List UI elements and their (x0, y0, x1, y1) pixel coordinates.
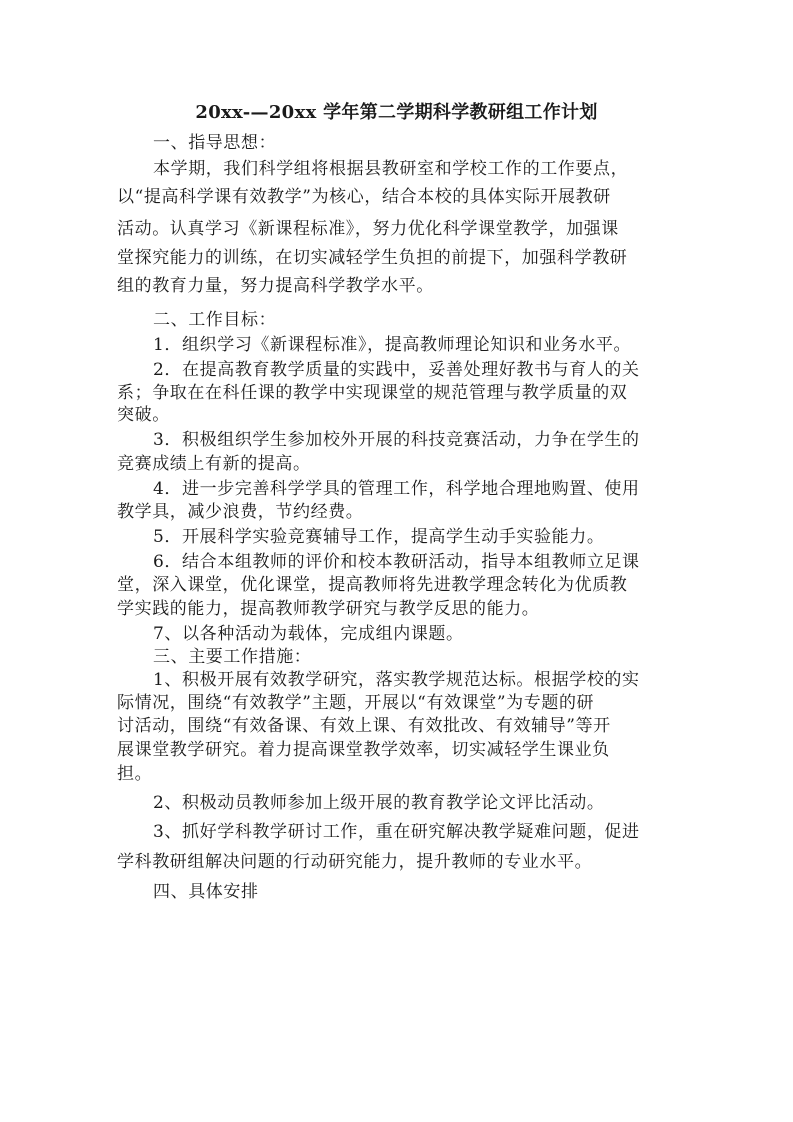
document-title: 20xx-—20xx 学年第二学期科学教研组工作计划 (0, 101, 793, 125)
text-line: 组的教育力量，努力提高科学教学水平。 (117, 274, 677, 298)
text-line: 2、积极动员教师参加上级开展的教育教学论文评比活动。 (153, 791, 713, 815)
text-line: 1、积极开展有效教学研究，落实教学规范达标。根据学校的实 (153, 668, 713, 692)
text-line: 际情况，围绕“有效教学”主题，开展以“有效课堂”为专题的研 (117, 691, 677, 715)
text-line: 堂，深入课堂，优化课堂，提高教师将先进教学理念转化为优质教 (117, 573, 677, 597)
text-line: 3．积极组织学生参加校外开展的科技竞赛活动，力争在学生的 (153, 428, 713, 452)
document-page: 20xx-—20xx 学年第二学期科学教研组工作计划 一、指导思想：本学期，我们… (0, 0, 793, 1122)
text-line: 担。 (117, 762, 677, 786)
text-line: 竞赛成绩上有新的提高。 (117, 452, 677, 476)
text-line: 4．进一步完善科学学具的管理工作，科学地合理地购置、使用 (153, 477, 713, 501)
text-line: 学实践的能力，提高教师教学研究与教学反思的能力。 (117, 597, 677, 621)
text-line: 活动。认真学习《新课程标准》，努力优化科学课堂教学，加强课 (117, 217, 677, 241)
text-line: 展课堂教学研究。着力提高课堂教学效率，切实减轻学生课业负 (117, 738, 677, 762)
text-line: 教学具，减少浪费，节约经费。 (117, 500, 677, 524)
text-line: 堂探究能力的训练，在切实减轻学生负担的前提下，加强科学教研 (117, 246, 677, 270)
text-line: 本学期，我们科学组将根据县教研室和学校工作的工作要点， (153, 157, 713, 181)
text-line: 1．组织学习《新课程标准》，提高教师理论知识和业务水平。 (153, 333, 713, 357)
text-line: 突破。 (117, 403, 677, 427)
text-line: 一、指导思想： (153, 131, 713, 155)
text-line: 2．在提高教育教学质量的实践中，妥善处理好教书与育人的关 (153, 358, 713, 382)
text-line: 系；争取在在科任课的教学中实现课堂的规范管理与教学质量的双 (117, 381, 677, 405)
text-line: 三、主要工作措施： (153, 645, 713, 669)
text-line: 5．开展科学实验竞赛辅导工作，提高学生动手实验能力。 (153, 525, 713, 549)
text-line: 7、以各种活动为载体，完成组内课题。 (153, 622, 713, 646)
text-line: 讨活动，围绕“有效备课、有效上课、有效批改、有效辅导”等开 (117, 714, 677, 738)
text-line: 学科教研组解决问题的行动研究能力，提升教师的专业水平。 (117, 850, 677, 874)
text-line: 3、抓好学科教学研讨工作，重在研究解决教学疑难问题，促进 (153, 820, 713, 844)
text-line: 6．结合本组教师的评价和校本教研活动，指导本组教师立足课 (153, 550, 713, 574)
text-line: 二、工作目标： (153, 308, 713, 332)
text-line: 以“提高科学课有效教学”为核心，结合本校的具体实际开展教研 (117, 185, 677, 209)
text-line: 四、具体安排 (153, 880, 713, 904)
